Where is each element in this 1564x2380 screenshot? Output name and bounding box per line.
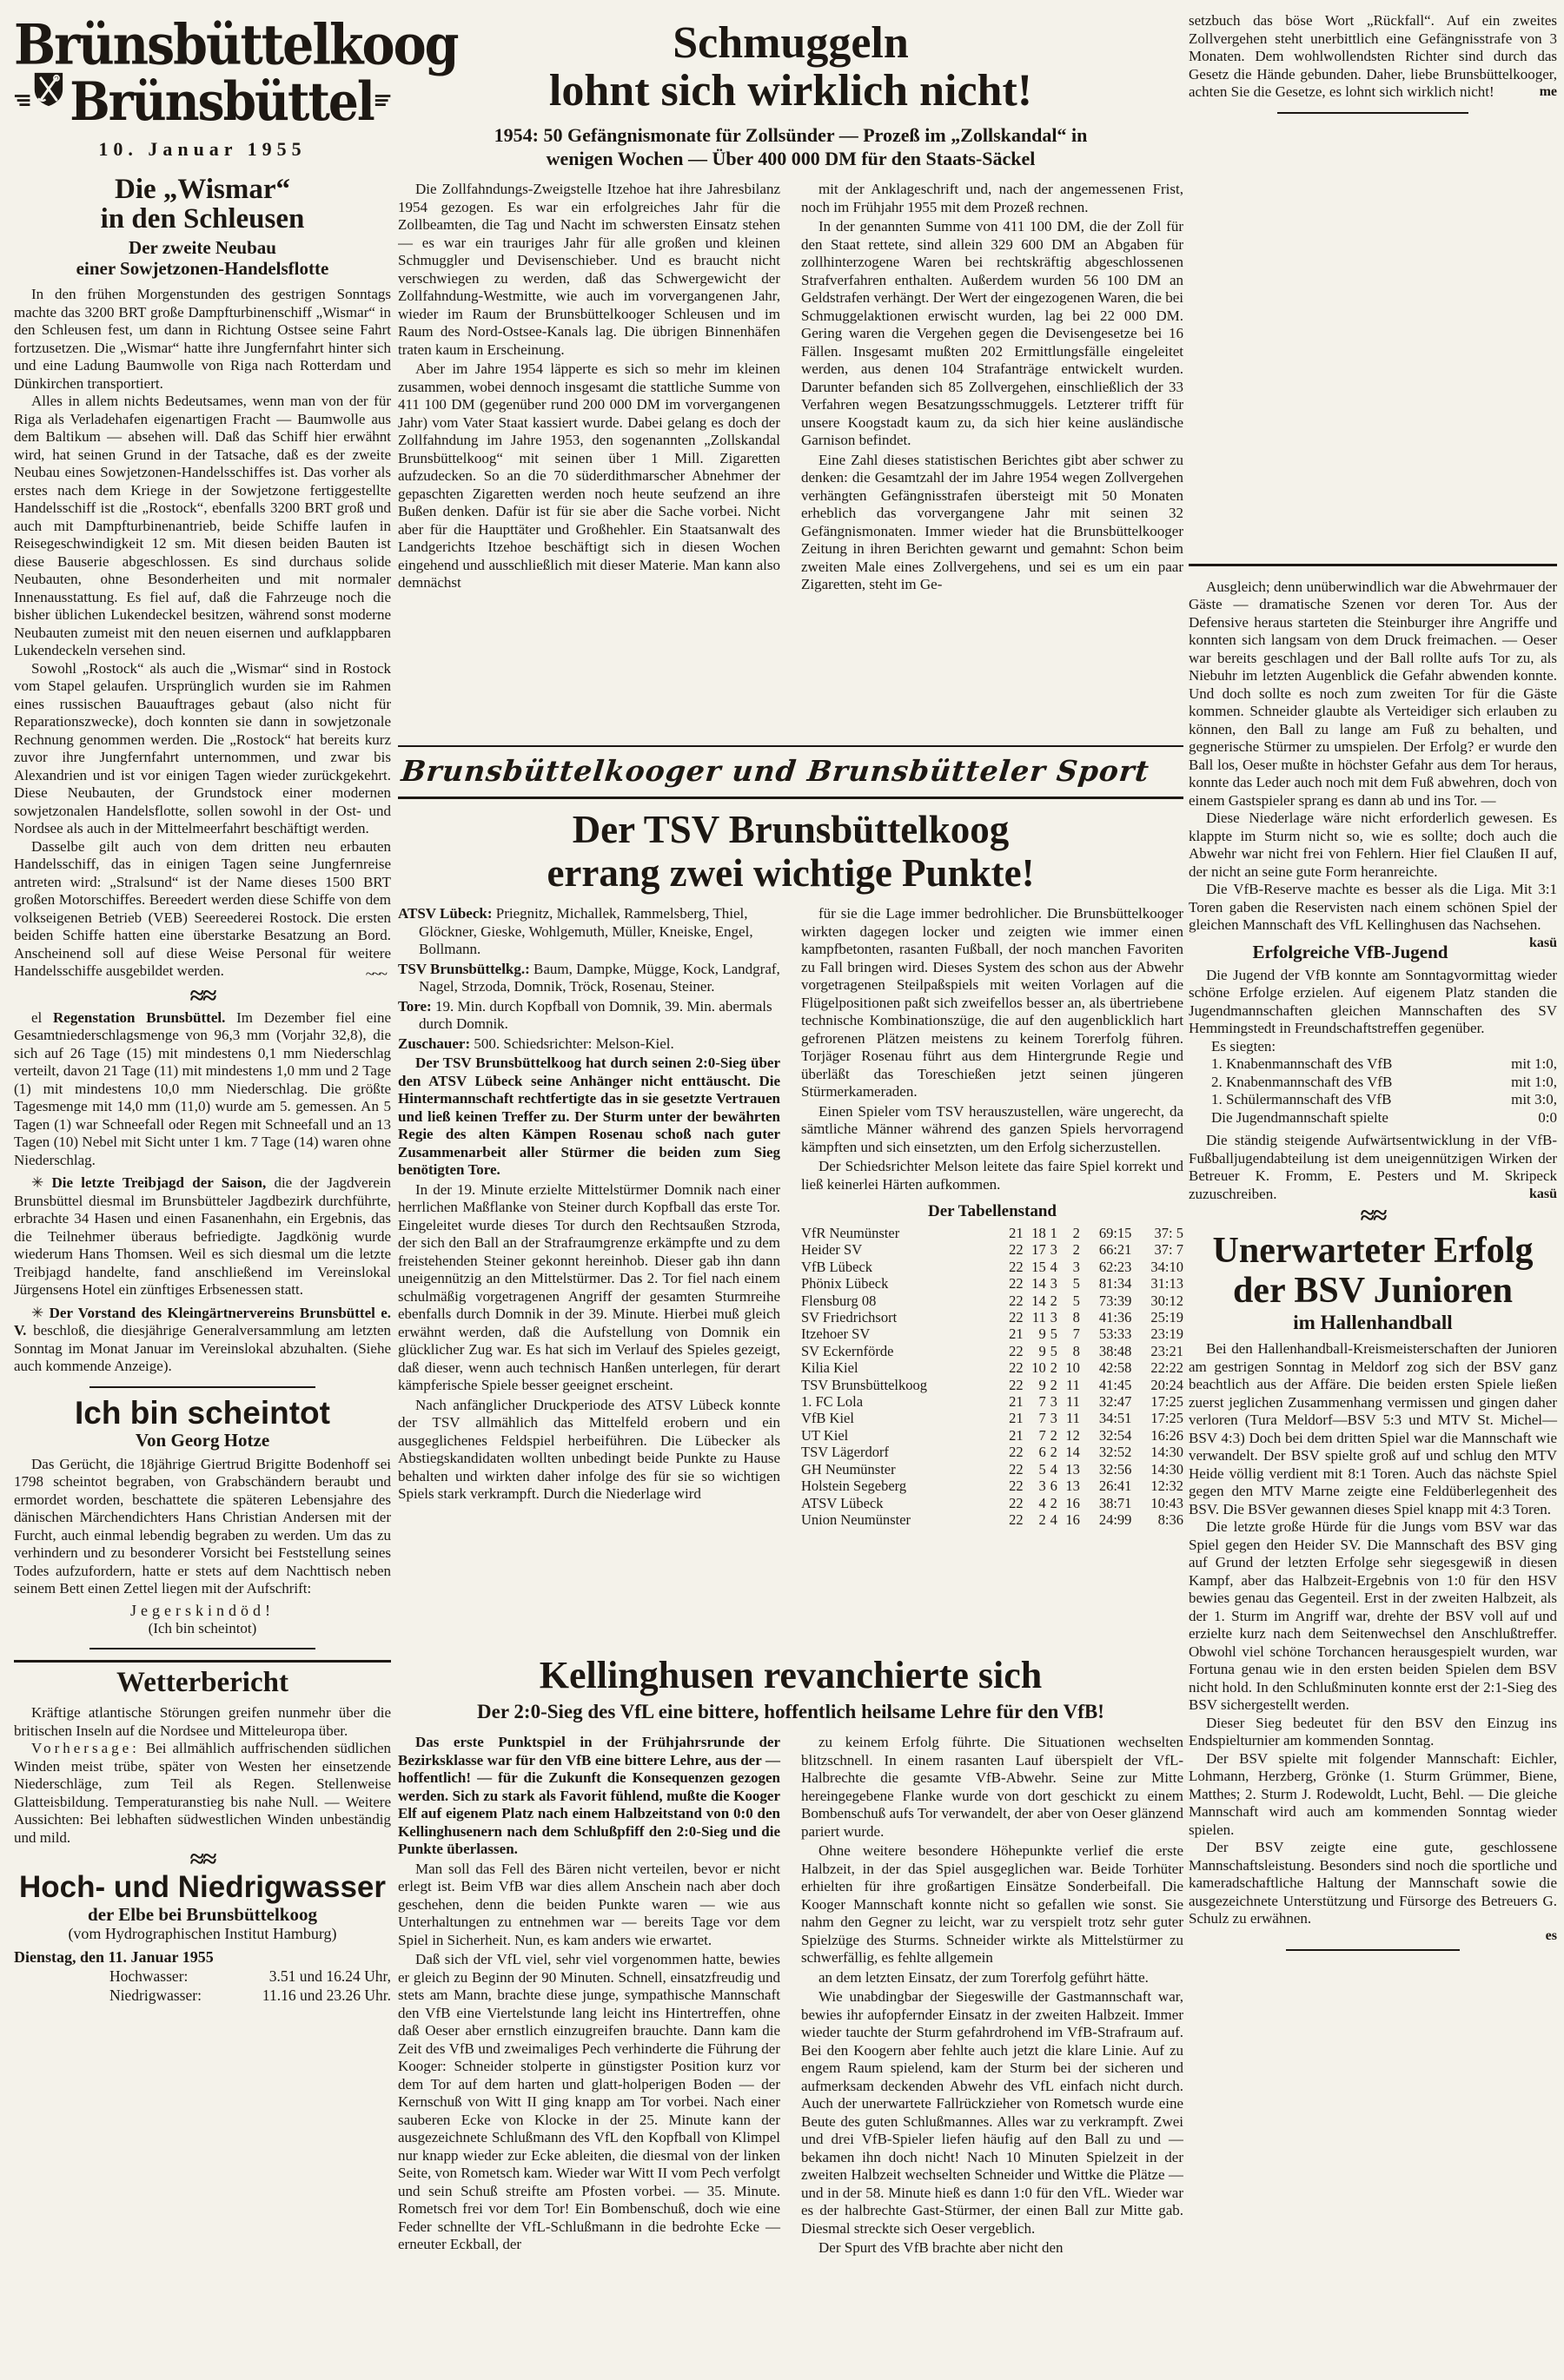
standings-row: GH Neumünster 22 5 4 13 32:56 14:30 bbox=[801, 1461, 1183, 1478]
paragraph: Das Gerücht, die 18jährige Giertrud Brig… bbox=[14, 1456, 391, 1598]
tsv-right-paragraphs: für sie die Lage immer bedrohlicher. Die… bbox=[801, 905, 1183, 1193]
match-fact: TSV Brunsbüttelkg.: Baum, Dampke, Mügge,… bbox=[398, 961, 780, 996]
paragraph: Der Spurt des VfB brachte aber nicht den bbox=[801, 2239, 1183, 2258]
kellinghusen-col-right: zu keinem Erfolg führte. Die Situationen… bbox=[801, 1734, 1183, 2378]
standings-row: SV Friedrichsort 22 11 3 8 41:36 25:19 bbox=[801, 1309, 1183, 1326]
tide-row: Hochwasser:3.51 und 16.24 Uhr, bbox=[14, 1967, 391, 1986]
article-schmuggeln: Schmuggeln lohnt sich wirklich nicht! 19… bbox=[398, 19, 1183, 737]
paragraph: Daß sich der VfL viel, sehr viel vorgeno… bbox=[398, 1951, 780, 2254]
paragraph: zu keinem Erfolg führte. Die Situationen… bbox=[801, 1734, 1183, 1841]
tide-row: Niedrigwasser:11.16 und 23.26 Uhr. bbox=[14, 1986, 391, 2005]
tsv-col-right: für sie die Lage immer bedrohlicher. Die… bbox=[801, 905, 1183, 1649]
section-rule bbox=[14, 1660, 391, 1663]
wavy-divider: ≈≈ bbox=[1189, 1208, 1557, 1224]
bsv-paragraphs: Bei den Hallenhandball-Kreismeisterschaf… bbox=[1189, 1340, 1557, 1928]
wismar-title: Die „Wismar“ in den Schleusen bbox=[14, 175, 391, 234]
tsv-left-paragraphs: In der 19. Minute erzielte Mittelstürmer… bbox=[398, 1181, 780, 1504]
standings-row: Kilia Kiel 22 10 2 10 42:58 22:22 bbox=[801, 1359, 1183, 1376]
paragraph: Nach anfänglicher Druckperiode des ATSV … bbox=[398, 1397, 780, 1504]
forecast-label: Vorhersage: bbox=[31, 1740, 140, 1756]
jugend-results: 1. Knabenmannschaft des VfBmit 1:0,2. Kn… bbox=[1189, 1055, 1557, 1127]
standings-row: VfB Kiel 21 7 3 11 34:51 17:25 bbox=[801, 1410, 1183, 1426]
schmuggeln-headline: Schmuggeln lohnt sich wirklich nicht! bbox=[398, 19, 1183, 115]
author-initials: es bbox=[1189, 1928, 1557, 1944]
news-brief-treibjagd: ✳ Die letzte Treibjagd der Saison, die d… bbox=[14, 1174, 391, 1299]
masthead-title-line2: Brünsbüttel bbox=[70, 69, 374, 132]
blank-space bbox=[1189, 124, 1557, 559]
divider-rule bbox=[89, 1386, 315, 1388]
standings-row: Holstein Segeberg 22 3 6 13 26:41 12:32 bbox=[801, 1478, 1183, 1494]
author-initials: me bbox=[1540, 83, 1557, 102]
standings-row: SV Eckernförde 22 9 5 8 38:48 23:21 bbox=[801, 1343, 1183, 1359]
star-icon: ✳ bbox=[31, 1174, 43, 1191]
sport-continuation-rule bbox=[1189, 564, 1557, 566]
paragraph: Sowohl „Rostock“ als auch die „Wismar“ s… bbox=[14, 660, 391, 838]
paragraph: Wie unabdingbar der Siegeswille der Gast… bbox=[801, 1988, 1183, 2238]
standings-row: VfR Neumünster 21 18 1 2 69:15 37: 5 bbox=[801, 1225, 1183, 1241]
jugend-wins-intro: Es siegten: bbox=[1189, 1038, 1557, 1056]
schmuggeln-col-right: mit der Anklageschrift und, nach der ang… bbox=[801, 181, 1183, 737]
sport-rule-top bbox=[398, 745, 1183, 747]
wasser-title: Hoch- und Niedrigwasser bbox=[14, 1873, 391, 1902]
wismar-body: In den frühen Morgenstunden des gestrige… bbox=[14, 286, 391, 981]
kellinghusen-continuation: Ausgleich; denn unüberwindlich war die A… bbox=[1189, 578, 1557, 935]
standings-title: Der Tabellenstand bbox=[801, 1202, 1183, 1221]
kellinghusen-lead-paragraph: Das erste Punktspiel in der Frühjahrsrun… bbox=[398, 1734, 780, 1859]
result-row: 1. Knabenmannschaft des VfBmit 1:0, bbox=[1189, 1055, 1557, 1074]
news-brief-regenstation: el Regenstation Brunsbüttel. Im Dezember… bbox=[14, 1009, 391, 1170]
wasser-sub2: (vom Hydrographischen Institut Hamburg) bbox=[14, 1925, 391, 1943]
author-initials: kasü bbox=[1512, 935, 1557, 953]
paragraph: Alles in allem nichts Bedeutsames, wenn … bbox=[14, 393, 391, 660]
paragraph: Die Zollfahndungs-Zweigstelle Itzehoe ha… bbox=[398, 181, 780, 359]
section-wetterbericht: Wetterbericht Kräftige atlantische Störu… bbox=[14, 1668, 391, 1868]
wavy-divider: ≈≈ bbox=[14, 1852, 391, 1868]
kellinghusen-subtitle: Der 2:0-Sieg des VfL eine bittere, hoffe… bbox=[398, 1701, 1183, 1723]
scheintot-byline: Von Georg Hotze bbox=[14, 1430, 391, 1451]
issue-date: 10. Januar 1955 bbox=[14, 138, 391, 161]
tide-times: Hochwasser:3.51 und 16.24 Uhr,Niedrigwas… bbox=[14, 1967, 391, 2005]
jugend-title: Erfolgreiche VfB-Jugend bbox=[1189, 942, 1557, 963]
kellinghusen-headline: Kellinghusen revanchierte sich bbox=[398, 1656, 1183, 1696]
bsv-subhead: im Hallenhandball bbox=[1189, 1312, 1557, 1333]
article-bsv-junioren: Unerwarteter Erfolg der BSV Junioren im … bbox=[1189, 1231, 1557, 1951]
paragraph: In den frühen Morgenstunden des gestrige… bbox=[14, 286, 391, 393]
kellinghusen-col-left: Das erste Punktspiel in der Frühjahrsrun… bbox=[398, 1734, 780, 2378]
paragraph: Diese Niederlage wäre nicht erforderlich… bbox=[1189, 810, 1557, 881]
jugend-closing: Die ständig steigende Aufwärtsentwicklun… bbox=[1189, 1132, 1557, 1203]
column-4: setzbuch das böse Wort „Rückfall“. Auf e… bbox=[1189, 12, 1557, 1961]
standings-row: Itzehoer SV 21 9 5 7 53:33 23:19 bbox=[801, 1326, 1183, 1342]
paragraph: mit der Anklageschrift und, nach der ang… bbox=[801, 181, 1183, 216]
news-briefs: el Regenstation Brunsbüttel. Im Dezember… bbox=[14, 1009, 391, 1376]
news-brief-kleingaertner: ✳ Der Vorstand des Kleingärtnervereins B… bbox=[14, 1305, 391, 1376]
article-kellinghusen: Kellinghusen revanchierte sich Der 2:0-S… bbox=[398, 1656, 1183, 2378]
paragraph: Ohne weitere besondere Höhepunkte verlie… bbox=[801, 1842, 1183, 1967]
wasser-day: Dienstag, den 11. Januar 1955 bbox=[14, 1948, 391, 1967]
column-1: Brünsbüttelkoog Brünsbüttel 10. Januar 1… bbox=[14, 12, 391, 2005]
author-initials: kasü bbox=[1512, 1186, 1557, 1204]
reserve-paragraph: Die VfB-Reserve machte es besser als die… bbox=[1189, 881, 1557, 935]
paragraph: In der genannten Summe von 411 100 DM, d… bbox=[801, 218, 1183, 450]
tsv-col-left: ATSV Lübeck: Priegnitz, Michallek, Ramme… bbox=[398, 905, 780, 1649]
masthead-title-line1: Brünsbüttelkoog bbox=[14, 12, 391, 77]
tsv-body: ATSV Lübeck: Priegnitz, Michallek, Ramme… bbox=[398, 905, 1183, 1649]
paragraph: Aber im Jahre 1954 läpperte es sich so m… bbox=[398, 360, 780, 592]
result-row: Die Jugendmannschaft spielte0:0 bbox=[1189, 1109, 1557, 1127]
standings-row: TSV Lägerdorf 22 6 2 14 32:52 14:30 bbox=[801, 1444, 1183, 1460]
paragraph: Die letzte große Hürde für die Jungs vom… bbox=[1189, 1518, 1557, 1715]
standings-row: UT Kiel 21 7 2 12 32:54 16:26 bbox=[801, 1427, 1183, 1444]
wasser-sub1: der Elbe bei Brunsbüttelkoog bbox=[14, 1904, 391, 1925]
standings-row: Union Neumünster 22 2 4 16 24:99 8:36 bbox=[801, 1511, 1183, 1528]
standings-table: VfR Neumünster 21 18 1 2 69:15 37: 5 Hei… bbox=[801, 1225, 1183, 1528]
result-row: 1. Schülermannschaft des VfBmit 3:0, bbox=[1189, 1091, 1557, 1109]
kellinghusen-right-paragraphs: zu keinem Erfolg führte. Die Situationen… bbox=[801, 1734, 1183, 2258]
tsv-lead-paragraph: Der TSV Brunsbüttelkoog hat durch seinen… bbox=[398, 1054, 780, 1180]
flourish-left-icon bbox=[14, 83, 31, 118]
divider-rule bbox=[89, 1648, 315, 1649]
tsv-headline: Der TSV Brunsbüttelkoog errang zwei wich… bbox=[398, 808, 1183, 895]
end-rule bbox=[1286, 1949, 1460, 1951]
standings-row: TSV Brunsbüttelkoog 22 9 2 11 41:45 20:2… bbox=[801, 1377, 1183, 1393]
standings-row: Flensburg 08 22 14 2 5 73:39 30:12 bbox=[801, 1292, 1183, 1309]
paragraph: Dieser Sieg bedeutet für den BSV den Ein… bbox=[1189, 1715, 1557, 1750]
standings-row: 1. FC Lola 21 7 3 11 32:47 17:25 bbox=[801, 1393, 1183, 1410]
standings-row: Heider SV 22 17 3 2 66:21 37: 7 bbox=[801, 1241, 1183, 1258]
paragraph: Ausgleich; denn unüberwindlich war die A… bbox=[1189, 578, 1557, 810]
kellinghusen-left-paragraphs: Man soll das Fell des Bären nicht vertei… bbox=[398, 1861, 780, 2254]
standings-row: Phönix Lübeck 22 14 3 5 81:34 31:13 bbox=[801, 1275, 1183, 1292]
continuation-paragraphs: Ausgleich; denn unüberwindlich war die A… bbox=[1189, 578, 1557, 882]
match-fact: Tore: 19. Min. durch Kopfball von Domnik… bbox=[398, 998, 780, 1034]
kellinghusen-body: Das erste Punktspiel in der Frühjahrsrun… bbox=[398, 1734, 1183, 2378]
paragraph: Vorhersage: Bei allmählich auffrischende… bbox=[14, 1740, 391, 1847]
paragraph: Einen Spieler vom TSV herauszustellen, w… bbox=[801, 1103, 1183, 1157]
paragraph: Die Jugend der VfB konnte am Sonntagvorm… bbox=[1189, 967, 1557, 1038]
wavy-divider: ≈≈ bbox=[14, 988, 391, 1004]
match-fact: ATSV Lübeck: Priegnitz, Michallek, Ramme… bbox=[398, 905, 780, 959]
divider-rule bbox=[1277, 112, 1468, 114]
schmuggeln-body: Die Zollfahndungs-Zweigstelle Itzehoe ha… bbox=[398, 181, 1183, 737]
wetter-title: Wetterbericht bbox=[14, 1668, 391, 1697]
brief-prefix: el bbox=[31, 1009, 42, 1026]
standings-row: ATSV Lübeck 22 4 2 16 38:71 10:43 bbox=[801, 1495, 1183, 1511]
wismar-subtitle: Der zweite Neubau einer Sowjetzonen-Hand… bbox=[14, 237, 391, 279]
schmuggeln-continuation: setzbuch das böse Wort „Rückfall“. Auf e… bbox=[1189, 12, 1557, 102]
flourish-right-icon bbox=[374, 83, 391, 118]
result-row: 2. Knabenmannschaft des VfBmit 1:0, bbox=[1189, 1074, 1557, 1092]
paragraph: Der BSV spielte mit folgender Mannschaft… bbox=[1189, 1750, 1557, 1840]
star-icon: ✳ bbox=[31, 1305, 43, 1321]
masthead: Brünsbüttelkoog Brünsbüttel 10. Januar 1… bbox=[14, 12, 391, 161]
paragraph: Man soll das Fell des Bären nicht vertei… bbox=[398, 1861, 780, 1950]
paragraph: an dem letzten Einsatz, der zum Torerfol… bbox=[801, 1969, 1183, 1987]
paragraph: Der Schiedsrichter Melson leitete das fa… bbox=[801, 1158, 1183, 1193]
paragraph: für sie die Lage immer bedrohlicher. Die… bbox=[801, 905, 1183, 1101]
article-tsv: Der TSV Brunsbüttelkoog errang zwei wich… bbox=[398, 808, 1183, 1649]
standings-row: VfB Lübeck 22 15 4 3 62:23 34:10 bbox=[801, 1259, 1183, 1275]
scheintot-note-translation: (Ich bin scheintot) bbox=[14, 1620, 391, 1638]
article-wismar: Die „Wismar“ in den Schleusen Der zweite… bbox=[14, 175, 391, 1004]
article-scheintot: Ich bin scheintot Von Georg Hotze Das Ge… bbox=[14, 1398, 391, 1650]
scheintot-title: Ich bin scheintot bbox=[14, 1398, 391, 1428]
sport-section-title: Brunsbüttelkooger und Brunsbütteler Spor… bbox=[396, 752, 1186, 791]
paragraph: Kräftige atlantische Störungen greifen n… bbox=[14, 1704, 391, 1740]
paragraph: Dasselbe gilt auch von dem dritten neu e… bbox=[14, 838, 391, 981]
schmuggeln-col-left: Die Zollfahndungs-Zweigstelle Itzehoe ha… bbox=[398, 181, 780, 737]
match-fact: Zuschauer: 500. Schiedsrichter: Melson-K… bbox=[398, 1035, 780, 1054]
center-columns: Schmuggeln lohnt sich wirklich nicht! 19… bbox=[398, 12, 1183, 2378]
schmuggeln-subtitle: 1954: 50 Gefängnismonate für Zollsünder … bbox=[398, 123, 1183, 170]
sport-rule-bottom bbox=[398, 797, 1183, 799]
paragraph: Der BSV zeigte eine gute, geschlossene M… bbox=[1189, 1839, 1557, 1928]
match-facts: ATSV Lübeck: Priegnitz, Michallek, Ramme… bbox=[398, 905, 780, 1053]
newspaper-page: Brünsbüttelkoog Brünsbüttel 10. Januar 1… bbox=[0, 0, 1564, 2380]
scheintot-note: Jegerskindöd! bbox=[14, 1602, 391, 1620]
section-vfb-jugend: Erfolgreiche VfB-Jugend Die Jugend der V… bbox=[1189, 942, 1557, 1225]
section-gezeiten: Hoch- und Niedrigwasser der Elbe bei Bru… bbox=[14, 1873, 391, 2005]
paragraph: In der 19. Minute erzielte Mittelstürmer… bbox=[398, 1181, 780, 1395]
paragraph: Bei den Hallenhandball-Kreismeisterschaf… bbox=[1189, 1340, 1557, 1518]
paragraph: Eine Zahl dieses statistischen Berichtes… bbox=[801, 452, 1183, 594]
bsv-headline: Unerwarteter Erfolg der BSV Junioren bbox=[1189, 1231, 1557, 1311]
